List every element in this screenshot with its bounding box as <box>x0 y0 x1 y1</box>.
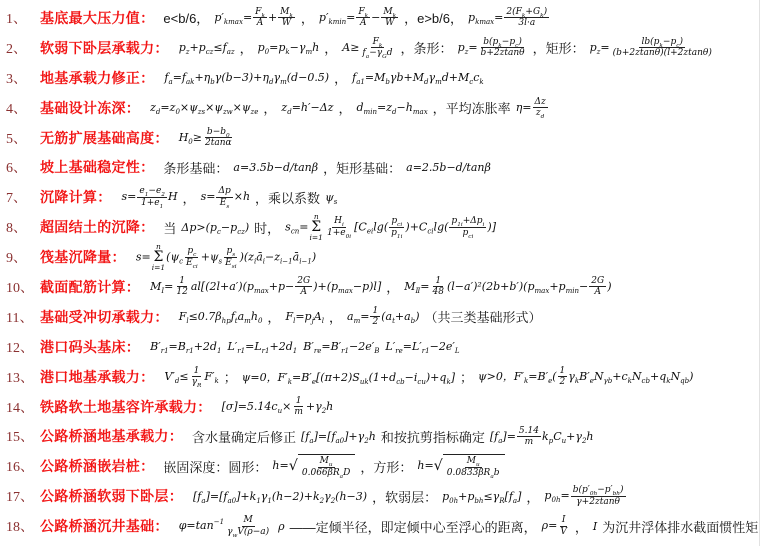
item-formulas: Fl≤0.7βhpftamh0，Fl=pjAl，am=12(at+ab)（共三类… <box>176 306 544 328</box>
formula: p0=pk−γmh <box>258 41 320 54</box>
fraction: Δzzd <box>533 97 548 119</box>
formula-row: 18、公路桥涵沉井基础：φ=tan−1MγwV(ρ−a)ρ——定倾半径，即定倾中… <box>6 511 757 541</box>
item-formulas: s=nΣi=1(ψcpcEci+ψspsEsi)(ziāi−zi−1āi−1) <box>133 243 319 272</box>
text-segment: 时， <box>254 218 280 237</box>
item-title: 沉降计算： <box>40 187 112 207</box>
formula: I <box>593 520 597 533</box>
item-formulas: 嵌固深度：圆形：h=√Mu0.066βRaD，方形：h=√Mu0.0833βRa… <box>161 454 507 478</box>
text-segment: ， <box>575 517 588 536</box>
fraction: Fkfa−γGd <box>360 37 394 59</box>
formula-row: 13、港口地基承载力：V′d≤1γRF′k；ψ=0，F′k=B′e[(π+2)S… <box>6 362 757 392</box>
text-segment: ， <box>338 98 351 117</box>
formula: Fl=pjAl <box>285 310 324 323</box>
item-formulas: H0≥b−b02tanα <box>176 127 238 149</box>
formula-list: 1、基底最大压力值：e<b/6，p′kmax=FkA+MkW，p′kmin=Fk… <box>6 3 757 541</box>
item-number: 12、 <box>6 337 40 357</box>
text-segment: ，平均冻胀率 <box>433 98 511 117</box>
formula: Δp>(pc−pcz) <box>181 221 249 234</box>
item-number: 18、 <box>6 516 40 536</box>
formula-row: 3、地基承载力修正：fa=fak+ηbγ(b−3)+ηdγm(d−0.5)，fa… <box>6 63 757 93</box>
formula: pkmax=2(Fk+Gk)3l·a <box>468 7 550 29</box>
formula: L′re=L′r1−2e′L <box>385 340 459 353</box>
formula-row: 11、基础受冲切承载力：Fl≤0.7βhpftamh0，Fl=pjAl，am=1… <box>6 302 757 332</box>
item-number: 11、 <box>6 307 40 327</box>
formula: [fa]=[fa0]+γ2h <box>301 430 376 443</box>
formula: dmin=zd−hmax <box>357 101 428 114</box>
formula-row: 5、无筋扩展基础高度：H0≥b−b02tanα <box>6 123 757 153</box>
item-title: 公路桥涵沉井基础： <box>40 516 169 536</box>
fraction: b−b02tanα <box>203 127 234 149</box>
formula: ρ <box>278 520 284 533</box>
fraction: 2GA <box>295 276 312 298</box>
item-title: 软弱下卧层承载力： <box>40 38 169 58</box>
formula: fa=fak+ηbγ(b−3)+ηdγm(d−0.5) <box>164 71 329 84</box>
fraction: b(pk−pc)b+2ztanθ <box>479 37 527 59</box>
text-segment: ——定倾半径，即定倾中心至浮心的距离， <box>290 517 537 536</box>
formula: p′kmin=FkA−MkW <box>319 7 399 29</box>
formula: s=ΔpEs×h <box>201 186 250 208</box>
formula: V′d≤1γRF′k <box>164 366 218 388</box>
item-title: 铁路软土地基容许承载力： <box>40 397 212 417</box>
formula: η=Δzzd <box>516 97 549 119</box>
item-number: 2、 <box>6 38 40 58</box>
item-formulas: 含水量确定后修正[fa]=[fa0]+γ2h和按抗剪指标确定[fa]=5.14m… <box>190 426 597 448</box>
item-title: 港口码头基床： <box>40 337 140 357</box>
formula: a=3.5b−d/tanβ <box>233 161 318 174</box>
formula-row: 15、公路桥涵地基承载力：含水量确定后修正[fa]=[fa0]+γ2h和按抗剪指… <box>6 421 757 451</box>
formula: s=e1−e21+e1H <box>122 186 178 208</box>
item-number: 6、 <box>6 157 40 177</box>
text-segment: ， <box>183 188 196 207</box>
item-title: 公路桥涵软弱下卧层： <box>40 486 183 506</box>
text-segment: ， <box>301 8 314 27</box>
item-title: 公路桥涵地基承载力： <box>40 426 183 446</box>
item-formulas: [fa]=[fa0]+k1γ1(h−2)+k2γ2(h−3)，软弱层：p0h+p… <box>190 485 630 507</box>
text-segment: ， <box>526 487 539 506</box>
item-title: 筏基沉降量： <box>40 247 126 267</box>
item-number: 10、 <box>6 277 40 297</box>
text-segment: 嵌固深度：圆形： <box>163 457 267 476</box>
fraction: 5.14m <box>517 426 541 448</box>
item-number: 7、 <box>6 187 40 207</box>
square-root: √Mu0.0833βRab <box>434 454 505 478</box>
formula-row: 17、公路桥涵软弱下卧层：[fa]=[fa0]+k1γ1(h−2)+k2γ2(h… <box>6 481 757 511</box>
formula: p0h=b(p′0h−p′bh)γ+2ztanθ <box>544 485 626 507</box>
formula: H0≥b−b02tanα <box>179 127 235 149</box>
text-segment: 含水量确定后修正 <box>192 427 296 446</box>
text-segment: ，方形： <box>360 457 412 476</box>
item-number: 8、 <box>6 217 40 237</box>
formula: ρ=IV <box>542 515 570 537</box>
text-segment: ， <box>386 277 399 296</box>
text-segment: 和按抗剪指标确定 <box>381 427 485 446</box>
item-formulas: V′d≤1γRF′k；ψ=0，F′k=B′e[(π+2)Suk(1+dcb−ic… <box>161 366 696 388</box>
item-formulas: MⅠ=112al[(2l+a′)(pmax+p−2GA)+(pmax−p)l]，… <box>147 276 614 298</box>
text-segment: ，条形： <box>401 38 453 57</box>
item-title: 公路桥涵嵌岩桩： <box>40 456 154 476</box>
summation: nΣi=1 <box>152 243 165 272</box>
formula: fa1=Mbγb+Mdγmd+Mcck <box>352 71 484 84</box>
formula: zd=z0×ψzs×ψzw×ψze <box>150 101 258 114</box>
formula-row: 4、基础设计冻深：zd=z0×ψzs×ψzw×ψze，zd=h′−Δz，dmin… <box>6 93 757 123</box>
fraction: 2(Fk+Gk)3l·a <box>504 7 549 29</box>
text-segment: ，矩形基础： <box>323 158 401 177</box>
item-formulas: zd=z0×ψzs×ψzw×ψze，zd=h′−Δz，dmin=zd−hmax，… <box>147 97 552 119</box>
formula-row: 8、超固结土的沉降：当Δp>(pc−pcz)时，scn=nΣi=1Hi1+e0i… <box>6 212 757 242</box>
item-formulas: 条形基础：a=3.5b−d/tanβ，矩形基础：a=2.5b−d/tanβ <box>161 158 493 177</box>
formula: h=√Mu0.066βRaD <box>272 454 355 478</box>
item-number: 16、 <box>6 456 40 476</box>
fraction: lb(pk−pc)(b+2ztanθ)(l+2ztanθ) <box>611 37 714 59</box>
formula: Fl≤0.7βhpftamh0 <box>179 310 263 323</box>
formula: [fa]=[fa0]+k1γ1(h−2)+k2γ2(h−3) <box>193 490 367 503</box>
item-title: 基础受冲切承载力： <box>40 307 169 327</box>
text-segment: ， <box>263 98 276 117</box>
fraction: Mu0.066βRaD <box>300 456 352 478</box>
item-title: 超固结土的沉降： <box>40 217 154 237</box>
text-segment: ，乘以系数 <box>255 188 320 207</box>
item-title: 无筋扩展基础高度： <box>40 128 169 148</box>
formula: s=nΣi=1(ψcpcEci+ψspsEsi)(ziāi−zi−1āi−1) <box>136 243 316 272</box>
text-segment: ， <box>240 38 253 57</box>
formula-row: 2、软弱下卧层承载力：pz+pcz≤faz，p0=pk−γmh，A≥Fkfa−γ… <box>6 33 757 63</box>
formula: ψ>0，F′k=B′e(12γkB′eNγb+ckNcb+qkNqb) <box>478 366 693 388</box>
formula-row: 10、截面配筋计算：MⅠ=112al[(2l+a′)(pmax+p−2GA)+(… <box>6 272 757 302</box>
formula: pz=b(pk−pc)b+2ztanθ <box>458 37 528 59</box>
item-formulas: B′r1=Br1+2d1L′r1=Lr1+2d1B′re=B′r1−2e′BL′… <box>147 340 462 353</box>
fraction: b(p′0h−p′bh)γ+2ztanθ <box>571 485 626 507</box>
fraction: p1i+Δpipci <box>449 216 486 238</box>
fraction: IV <box>558 515 569 537</box>
formula: A≥Fkfa−γGd <box>342 37 395 59</box>
fraction: psEsi <box>223 246 238 268</box>
formula-row: 14、铁路软土地基容许承载力：[σ]=5.14cu×1m+γ2h <box>6 392 757 422</box>
fraction: ΔpEs <box>216 186 232 208</box>
item-formulas: pz+pcz≤faz，p0=pk−γmh，A≥Fkfa−γGd，条形：pz=b(… <box>176 37 718 59</box>
text-segment: ； <box>224 367 237 386</box>
text-segment: 条形基础： <box>163 158 228 177</box>
summation: nΣi=1 <box>310 213 323 242</box>
fraction: 12 <box>370 306 380 328</box>
item-formulas: e<b/6，p′kmax=FkA+MkW，p′kmin=FkA−MkW，e>b/… <box>161 7 553 29</box>
formula: B′re=B′r1−2e′B <box>303 340 379 353</box>
document-page: { "colors": { "heading": "#f21313", "num… <box>0 0 760 546</box>
item-formulas: φ=tan−1MγwV(ρ−a)ρ——定倾半径，即定倾中心至浮心的距离，ρ=IV… <box>176 515 757 537</box>
item-formulas: 当Δp>(pc−pcz)时，scn=nΣi=1Hi1+e0i[Ceilg(pci… <box>161 213 499 242</box>
formula-row: 16、公路桥涵嵌岩桩：嵌固深度：圆形：h=√Mu0.066βRaD，方形：h=√… <box>6 451 757 481</box>
formula-row: 1、基底最大压力值：e<b/6，p′kmax=FkA+MkW，p′kmin=Fk… <box>6 3 757 33</box>
item-formulas: [σ]=5.14cu×1m+γ2h <box>219 396 337 418</box>
fraction: pcip1i <box>389 216 404 238</box>
formula: h=√Mu0.0833βRab <box>417 454 504 478</box>
text-segment: e<b/6， <box>163 8 209 27</box>
item-number: 3、 <box>6 68 40 88</box>
item-title: 地基承载力修正： <box>40 68 154 88</box>
fraction: MγwV(ρ−a) <box>225 515 271 537</box>
item-number: 4、 <box>6 98 40 118</box>
formula: B′r1=Br1+2d1 <box>150 340 221 353</box>
fraction: Hi1+e0i <box>325 216 353 238</box>
formula: am=12(at+ab) <box>347 306 419 328</box>
formula: [σ]=5.14cu×1m+γ2h <box>222 396 334 418</box>
fraction: 2GA <box>589 276 606 298</box>
formula: a=2.5b−d/tanβ <box>406 161 491 174</box>
formula: MⅠ=112al[(2l+a′)(pmax+p−2GA)+(pmax−p)l] <box>150 276 381 298</box>
fraction: Mu0.0833βRab <box>445 456 502 478</box>
formula: p0h+pbh≤γR[fa] <box>442 490 521 503</box>
item-title: 坡上基础稳定性： <box>40 157 154 177</box>
text-segment: ，矩形： <box>533 38 585 57</box>
item-title: 基底最大压力值： <box>40 8 154 28</box>
text-segment: ，e>b/6， <box>404 8 463 27</box>
formula-row: 9、筏基沉降量：s=nΣi=1(ψcpcEci+ψspsEsi)(ziāi−zi… <box>6 242 757 272</box>
item-title: 截面配筋计算： <box>40 277 140 297</box>
square-root: √Mu0.066βRaD <box>289 454 356 478</box>
item-number: 9、 <box>6 247 40 267</box>
fraction: pcEci <box>184 246 200 268</box>
formula: ψ=0，F′k=B′e[(π+2)Suk(1+dcb−icu)+qk] <box>242 369 455 385</box>
formula: ψs <box>325 191 337 204</box>
formula-row: 7、沉降计算：s=e1−e21+e1H，s=ΔpEs×h，乘以系数ψs <box>6 182 757 212</box>
fraction: 148 <box>431 276 446 298</box>
formula-row: 12、港口码头基床：B′r1=Br1+2d1L′r1=Lr1+2d1B′re=B… <box>6 332 757 362</box>
item-number: 1、 <box>6 8 40 28</box>
formula-row: 6、坡上基础稳定性：条形基础：a=3.5b−d/tanβ，矩形基础：a=2.5b… <box>6 152 757 182</box>
item-formulas: s=e1−e21+e1H，s=ΔpEs×h，乘以系数ψs <box>119 186 341 208</box>
text-segment: （共三类基础形式） <box>424 307 541 326</box>
fraction: 1γR <box>190 366 204 388</box>
item-number: 5、 <box>6 128 40 148</box>
fraction: FkA <box>356 7 370 29</box>
item-number: 13、 <box>6 367 40 387</box>
text-segment: ， <box>329 307 342 326</box>
fraction: 112 <box>174 276 189 298</box>
formula: MⅡ=148(l−a′)²(2b+b′)(pmax+pmin−2GA) <box>404 276 611 298</box>
item-number: 17、 <box>6 486 40 506</box>
fraction: FkA <box>253 7 267 29</box>
fraction: 12 <box>558 366 568 388</box>
text-segment: 为沉井浮体排水截面惯性矩 <box>602 517 758 536</box>
fraction: e1−e21+e1 <box>137 186 167 208</box>
fraction: MkW <box>381 7 398 29</box>
formula: pz=lb(pk−pc)(b+2ztanθ)(l+2ztanθ) <box>590 37 715 59</box>
formula: zd=h′−Δz <box>281 101 333 114</box>
fraction: 1m <box>292 396 305 418</box>
formula-sheet: 1、基底最大压力值：e<b/6，p′kmax=FkA+MkW，p′kmin=Fk… <box>0 0 760 546</box>
formula: pz+pcz≤faz <box>179 41 235 54</box>
text-segment: ，软弱层： <box>372 487 437 506</box>
formula: φ=tan−1MγwV(ρ−a) <box>179 515 272 537</box>
formula: scn=nΣi=1Hi1+e0i[Ceilg(pcip1i)+Ccilg(p1i… <box>285 213 496 242</box>
formula: p′kmax=FkA+MkW <box>214 7 296 29</box>
text-segment: 当 <box>163 218 176 237</box>
text-segment: ， <box>334 68 347 87</box>
item-title: 港口地基承载力： <box>40 367 154 387</box>
text-segment: ； <box>460 367 473 386</box>
formula: L′r1=Lr1+2d1 <box>227 340 297 353</box>
item-formulas: fa=fak+ηbγ(b−3)+ηdγm(d−0.5)，fa1=Mbγb+Mdγ… <box>161 68 486 87</box>
item-title: 基础设计冻深： <box>40 98 140 118</box>
formula: [fa]=5.14mkpCu+γ2h <box>490 426 594 448</box>
text-segment: ， <box>267 307 280 326</box>
item-number: 15、 <box>6 426 40 446</box>
fraction: MkW <box>278 7 295 29</box>
item-number: 14、 <box>6 397 40 417</box>
text-segment: ， <box>324 38 337 57</box>
